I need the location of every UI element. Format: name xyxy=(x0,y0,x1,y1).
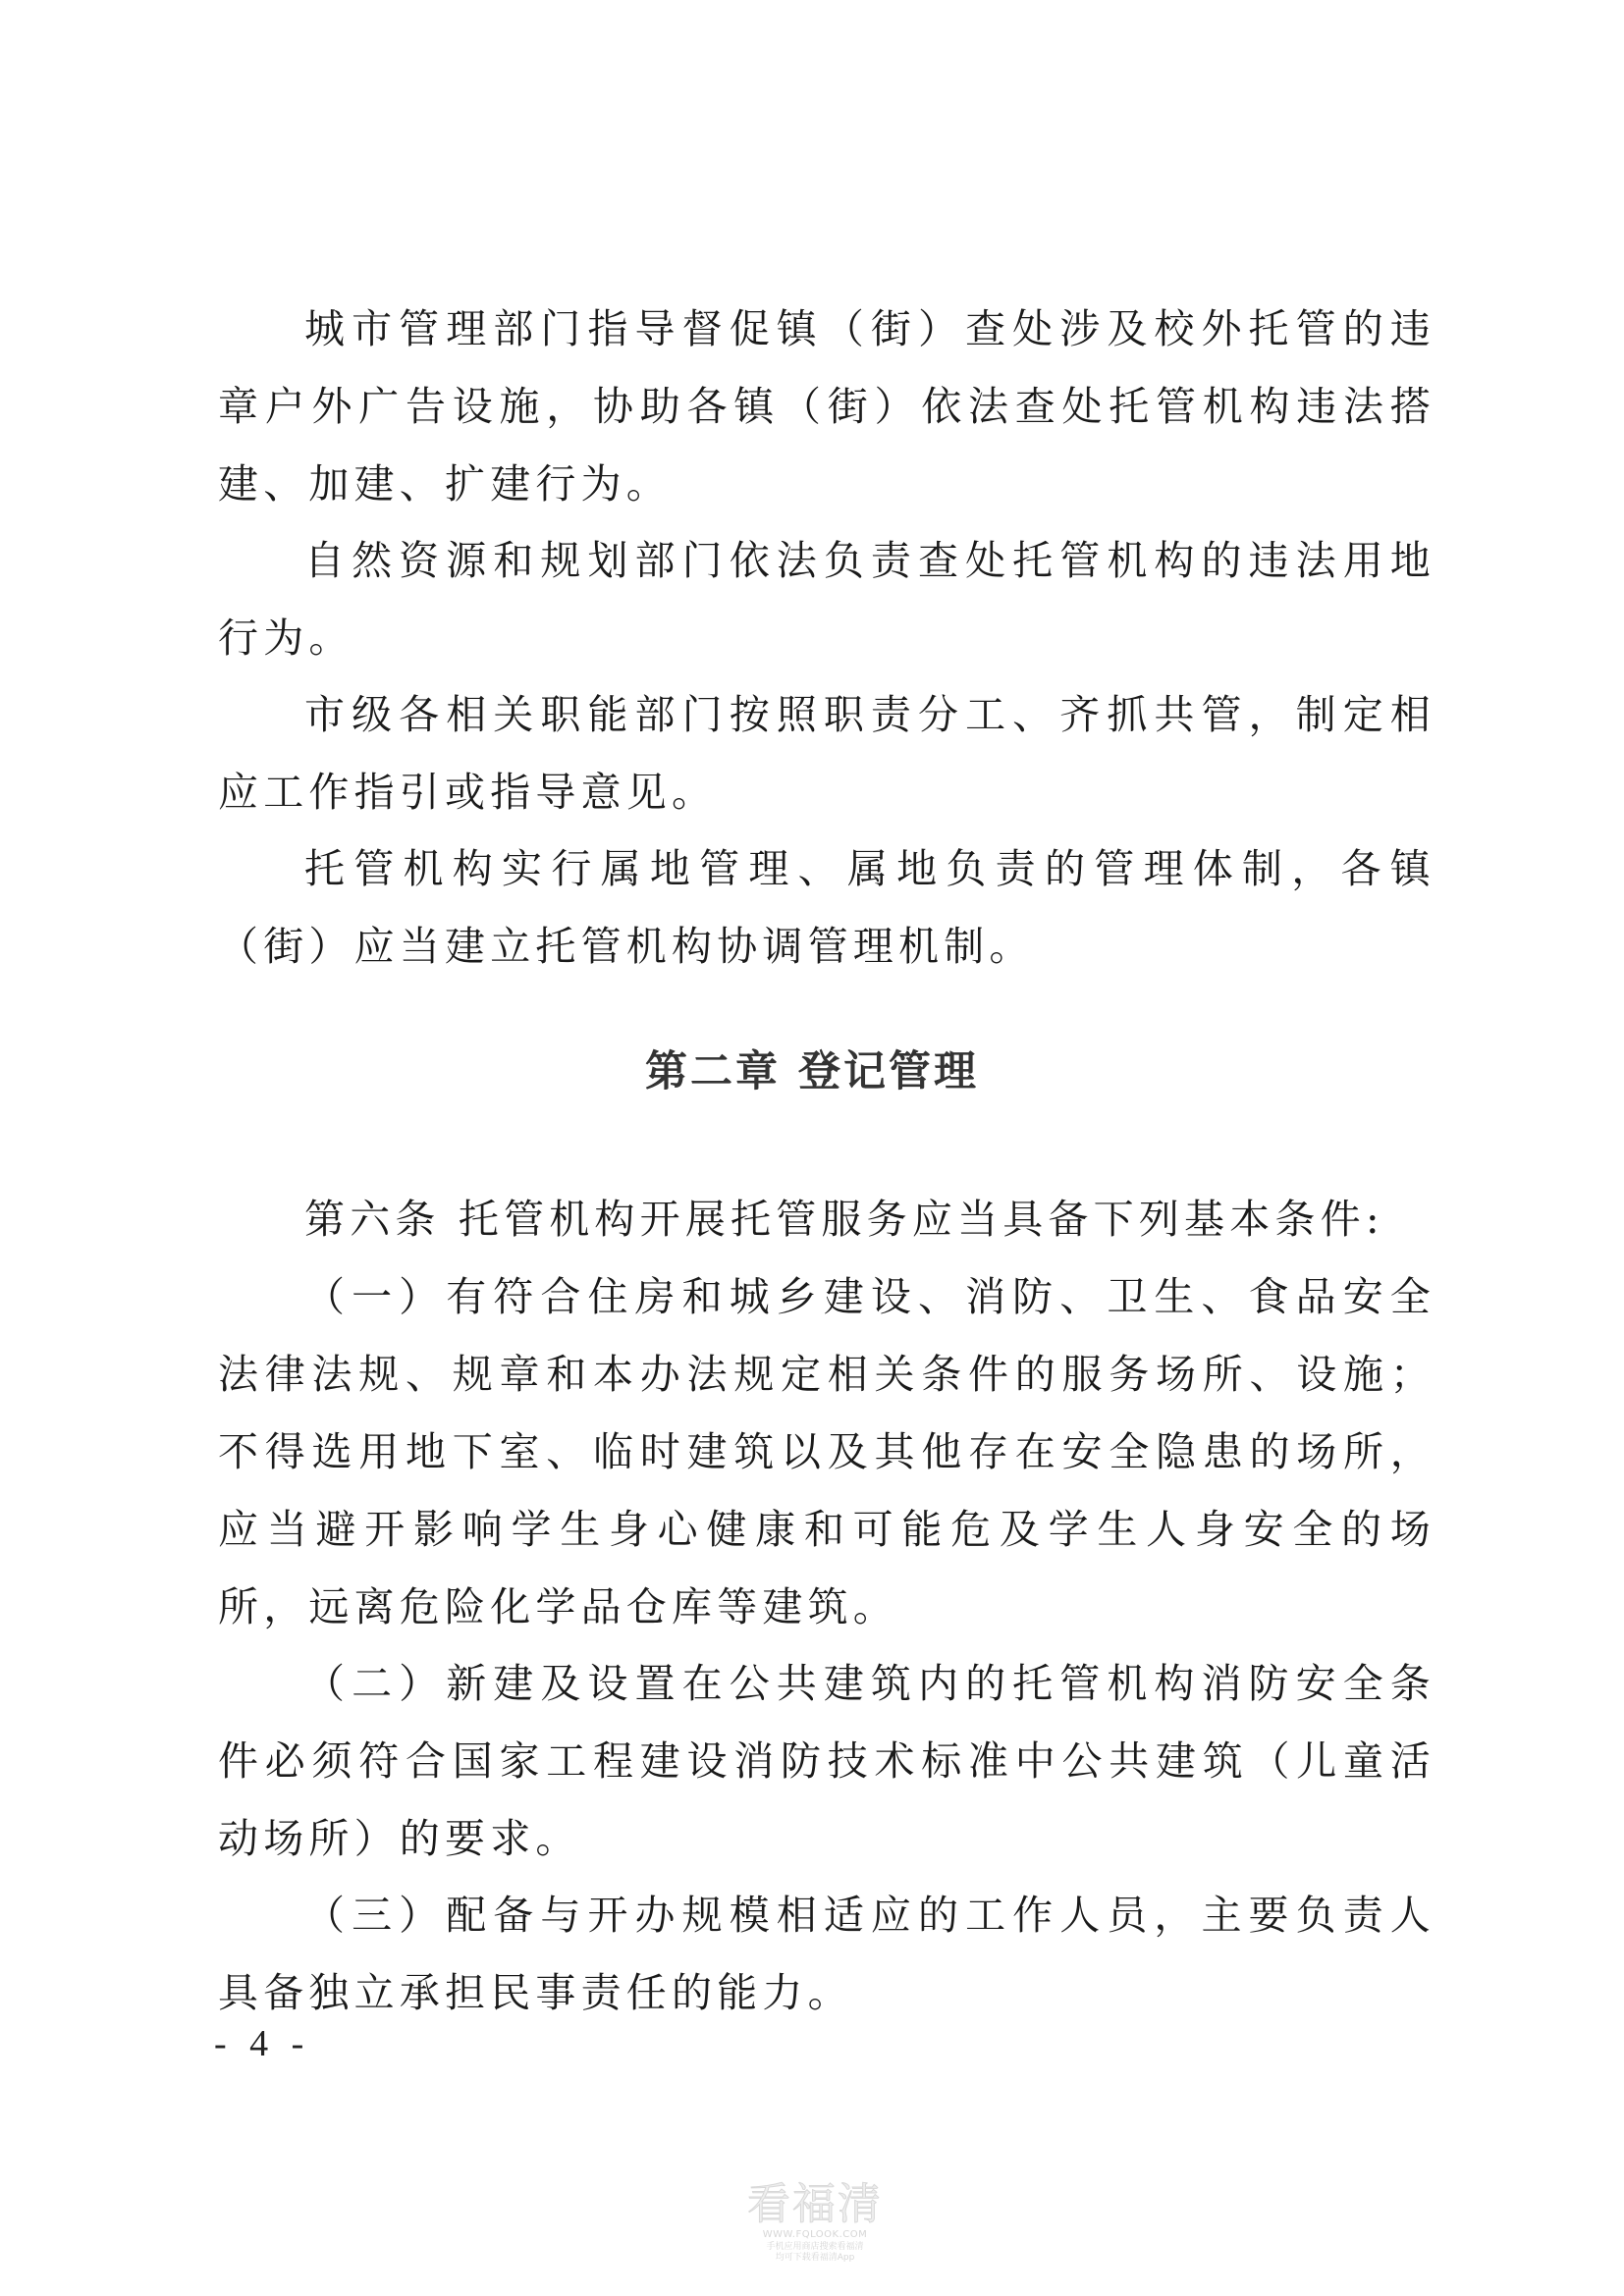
watermark-brand: 看福清 xyxy=(741,2181,889,2228)
paragraph-municipal-departments: 市级各相关职能部门按照职责分工、齐抓共管，制定相应工作指引或指导意见。 xyxy=(218,676,1435,831)
article-six-heading: 第六条 托管机构开展托管服务应当具备下列基本条件: xyxy=(218,1181,1435,1258)
paragraph-territorial-management: 托管机构实行属地管理、属地负责的管理体制，各镇（街）应当建立托管机构协调管理机制… xyxy=(218,830,1435,986)
watermark: 看福清 WWW.FQLOOK.COM 手机应用商店搜索看福清 均可下载看福清Ap… xyxy=(741,2181,889,2264)
page-number: - 4 - xyxy=(214,2022,303,2065)
watermark-line-1: 手机应用商店搜索看福清 xyxy=(741,2242,889,2253)
paragraph-urban-management: 城市管理部门指导督促镇（街）查处涉及校外托管的违章户外广告设施，协助各镇（街）依… xyxy=(218,291,1435,523)
watermark-url: WWW.FQLOOK.COM xyxy=(741,2228,889,2242)
document-page: 城市管理部门指导督促镇（街）查处涉及校外托管的违章户外广告设施，协助各镇（街）依… xyxy=(0,0,1624,2296)
watermark-line-2: 均可下载看福清App xyxy=(741,2253,889,2264)
article-six-item-2: （二）新建及设置在公共建筑内的托管机构消防安全条件必须符合国家工程建设消防技术标… xyxy=(218,1645,1435,1878)
chapter-title: 第二章 登记管理 xyxy=(0,1039,1624,1098)
article-six-item-1: （一）有符合住房和城乡建设、消防、卫生、食品安全法律法规、规章和本办法规定相关条… xyxy=(218,1258,1435,1646)
paragraph-natural-resources: 自然资源和规划部门依法负责查处托管机构的违法用地行为。 xyxy=(218,522,1435,677)
article-six-item-3: （三）配备与开办规模相适应的工作人员，主要负责人具备独立承担民事责任的能力。 xyxy=(218,1877,1435,2032)
